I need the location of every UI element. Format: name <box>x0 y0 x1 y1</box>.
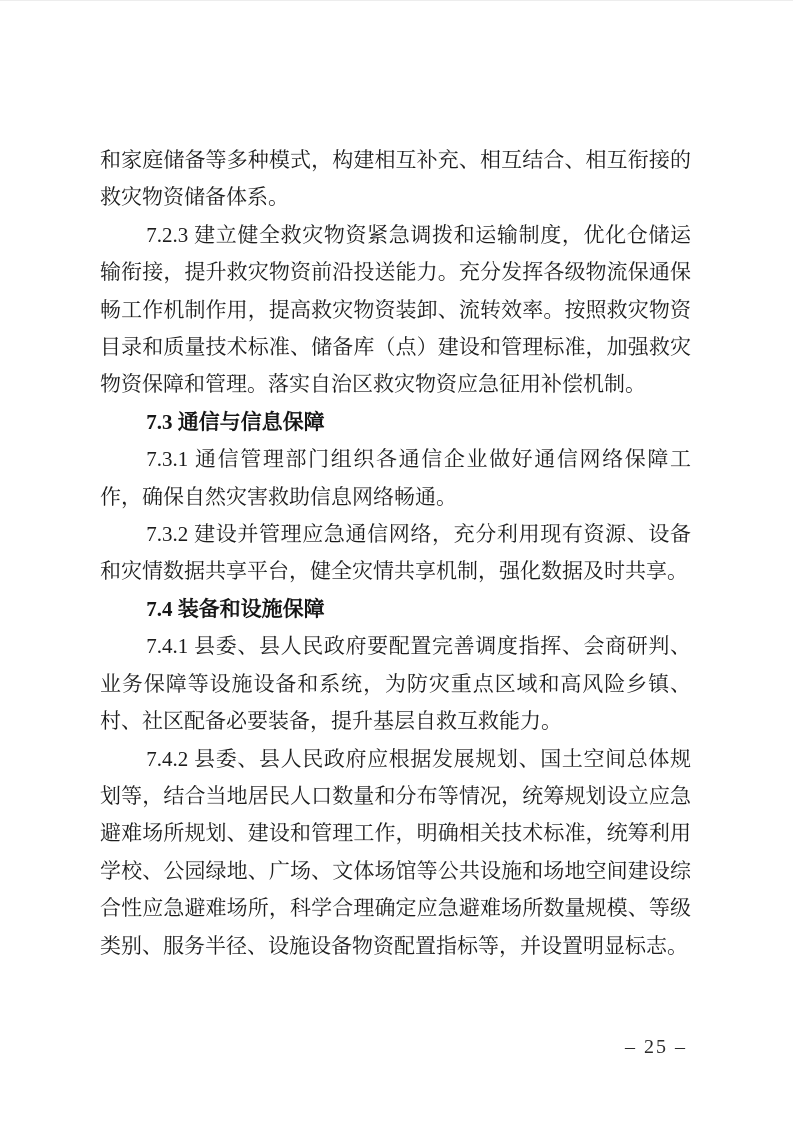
paragraph-7-3-1: 7.3.1 通信管理部门组织各通信企业做好通信网络保障工作，确保自然灾害救助信息… <box>100 441 691 516</box>
document-page: 和家庭储备等多种模式，构建相互补充、相互结合、相互衔接的救灾物资储备体系。 7.… <box>0 0 793 1123</box>
paragraph-7-4-1: 7.4.1 县委、县人民政府要配置完善调度指挥、会商研判、业务保障等设施设备和系… <box>100 628 691 740</box>
paragraph-7-2-3: 7.2.3 建立健全救灾物资紧急调拨和运输制度，优化仓储运输衔接，提升救灾物资前… <box>100 217 691 404</box>
paragraph-7-4-2: 7.4.2 县委、县人民政府应根据发展规划、国土空间总体规划等，结合当地居民人口… <box>100 741 691 965</box>
paragraph-7-3-2: 7.3.2 建设并管理应急通信网络，充分利用现有资源、设备和灾情数据共享平台，健… <box>100 516 691 591</box>
section-heading-7-3: 7.3 通信与信息保障 <box>100 404 691 441</box>
page-number: – 25 – <box>613 1036 699 1059</box>
paragraph-continuation: 和家庭储备等多种模式，构建相互补充、相互结合、相互衔接的救灾物资储备体系。 <box>100 142 691 217</box>
section-heading-7-4: 7.4 装备和设施保障 <box>100 591 691 628</box>
page-body-text: 和家庭储备等多种模式，构建相互补充、相互结合、相互衔接的救灾物资储备体系。 7.… <box>100 142 691 965</box>
